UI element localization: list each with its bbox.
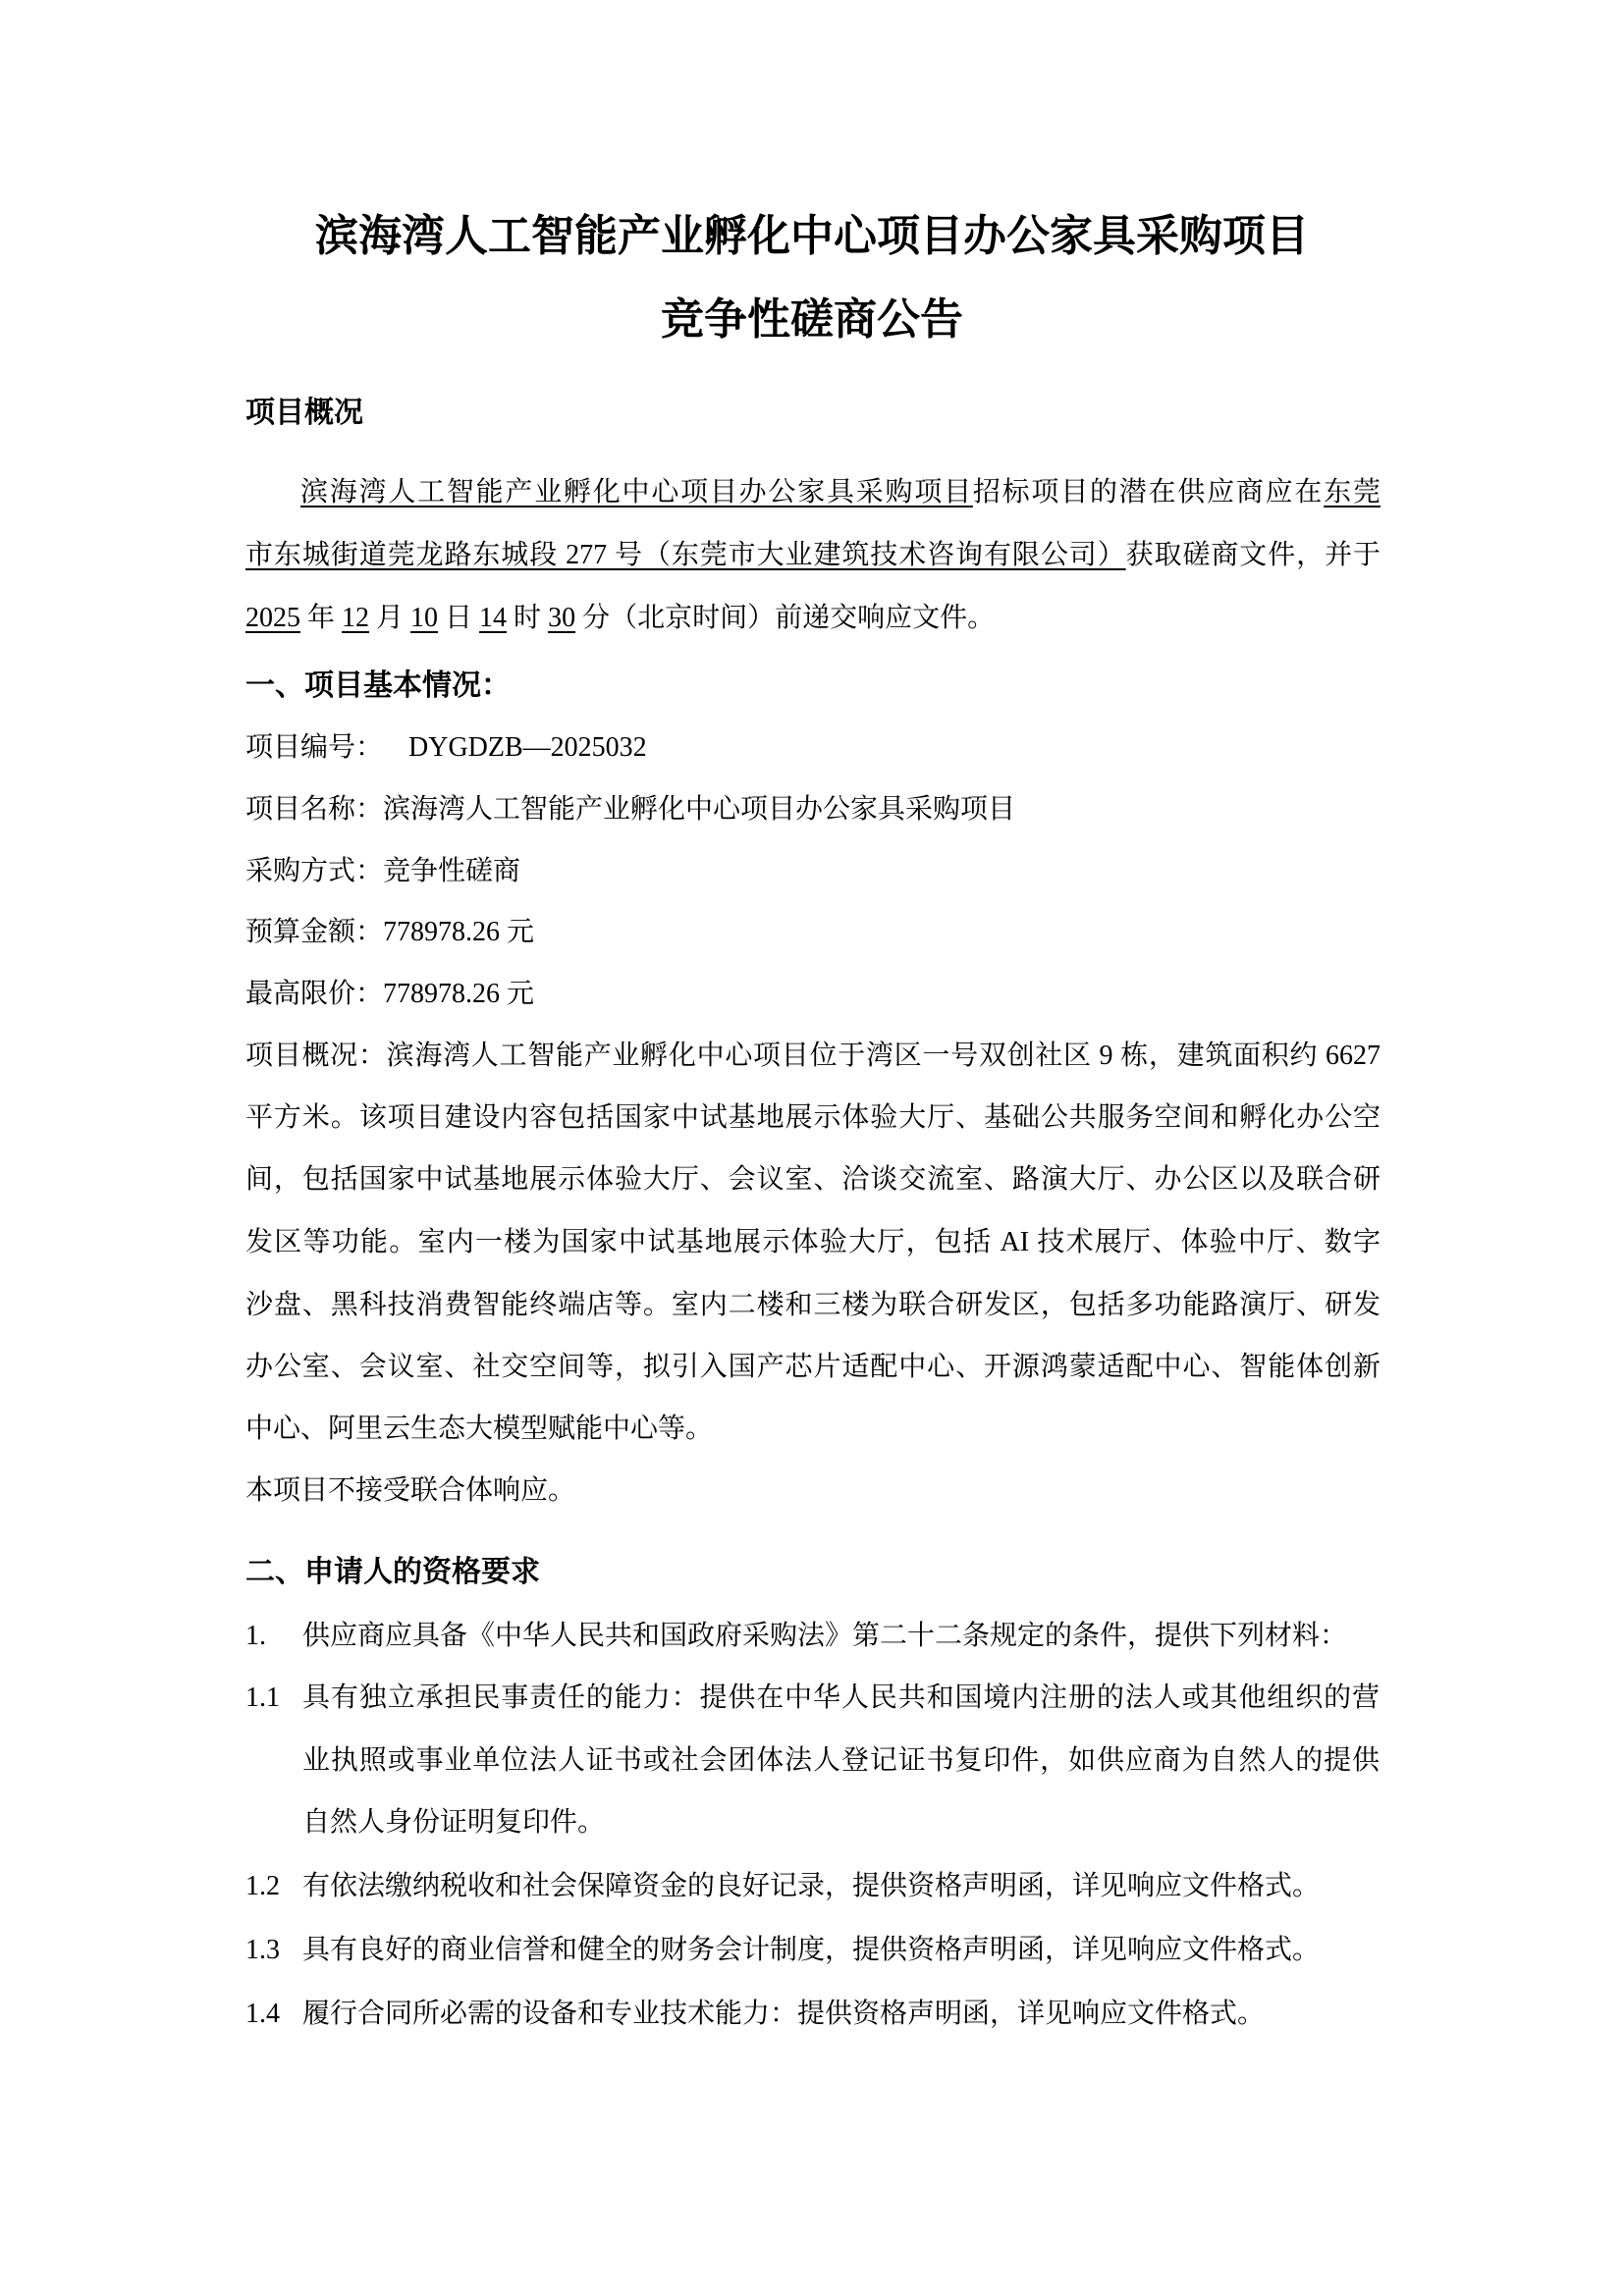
req-item-text: 履行合同所必需的设备和专业技术能力：提供资格声明函，详见响应文件格式。: [302, 1996, 1380, 2032]
field-label: 项目编号：: [245, 732, 383, 763]
project-overview-line: 发区等功能。室内一楼为国家中试基地展示体验大厅，包括 AI 技术展厅、体验中厅、…: [245, 1224, 1380, 1260]
project-overview-line: 间，包括国家中试基地展示体验大厅、会议室、洽谈交流室、路演大厅、办公区以及联合研: [245, 1161, 1380, 1198]
req-item-number: 1.2: [245, 1868, 280, 1904]
intro-line-2-text: 获取磋商文件，并于: [1126, 540, 1380, 570]
deadline-month: 12: [342, 603, 369, 633]
req-item-text: 业执照或事业单位法人证书或社会团体法人登记证书复印件，如供应商为自然人的提供: [302, 1742, 1380, 1779]
intro-line-1: 滨海湾人工智能产业孵化中心项目办公家具采购项目招标项目的潜在供应商应在东莞: [245, 474, 1380, 510]
underlined-address: 市东城街道莞龙路东城段 277 号（东莞市大业建筑技术咨询有限公司）: [245, 540, 1126, 570]
underlined-city-start: 东莞: [1324, 477, 1380, 507]
project-overview-line: 沙盘、黑科技消费智能终端店等。室内二楼和三楼为联合研发区，包括多功能路演厅、研发: [245, 1287, 1380, 1323]
field-max-price: 最高限价：778978.26 元: [245, 976, 1380, 1012]
field-budget-amount: 预算金额：778978.26 元: [245, 914, 1380, 950]
doc-title-line2: 竞争性磋商公告: [0, 294, 1624, 346]
overview-heading: 项目概况: [245, 395, 1380, 432]
deadline-year: 2025: [245, 603, 300, 633]
field-label: 最高限价：: [245, 979, 383, 1009]
req-item-number: 1.4: [245, 1996, 280, 2032]
field-value: 滨海湾人工智能产业孵化中心项目办公家具采购项目: [383, 794, 1015, 825]
field-value: 竞争性磋商: [383, 856, 520, 886]
deadline-day: 10: [410, 603, 438, 633]
field-label: 预算金额：: [245, 917, 383, 947]
field-label: 采购方式：: [245, 856, 383, 886]
req-item-number: 1.: [245, 1618, 266, 1654]
year-label: 年: [300, 603, 342, 633]
req-item-text: 自然人身份证明复印件。: [302, 1804, 1380, 1841]
field-label: 项目名称：: [245, 794, 383, 825]
project-overview-line: 平方米。该项目建设内容包括国家中试基地展示体验大厅、基础公共服务空间和孵化办公空: [245, 1099, 1380, 1136]
field-project-number: 项目编号：DYGDZB—2025032: [245, 729, 1380, 766]
project-overview-line: 项目概况：滨海湾人工智能产业孵化中心项目位于湾区一号双创社区 9 栋，建筑面积约…: [245, 1038, 1380, 1074]
intro-line-1-text: 招标项目的潜在供应商应在: [973, 477, 1324, 507]
req-item-text: 具有良好的商业信誉和健全的财务会计制度，提供资格声明函，详见响应文件格式。: [302, 1932, 1380, 1968]
field-procurement-method: 采购方式：竞争性磋商: [245, 853, 1380, 889]
no-joint-bid-note: 本项目不接受联合体响应。: [245, 1472, 1380, 1509]
req-item-text: 有依法缴纳税收和社会保障资金的良好记录，提供资格声明函，详见响应文件格式。: [302, 1868, 1380, 1904]
req-item-number: 1.1: [245, 1680, 280, 1716]
month-label: 月: [369, 603, 410, 633]
intro-line-2: 市东城街道莞龙路东城段 277 号（东莞市大业建筑技术咨询有限公司）获取磋商文件…: [245, 537, 1380, 573]
intro-line-3-deadline: 2025 年 12 月 10 日 14 时 30 分（北京时间）前递交响应文件。: [245, 600, 1380, 636]
project-overview-line: 办公室、会议室、社交空间等，拟引入国产芯片适配中心、开源鸿蒙适配中心、智能体创新: [245, 1349, 1380, 1385]
underlined-project-name: 滨海湾人工智能产业孵化中心项目办公家具采购项目: [300, 477, 973, 507]
field-value: DYGDZB—2025032: [408, 732, 647, 763]
document-page: 滨海湾人工智能产业孵化中心项目办公家具采购项目 竞争性磋商公告 项目概况 滨海湾…: [0, 0, 1624, 2296]
req-item-text: 供应商应具备《中华人民共和国政府采购法》第二十二条规定的条件，提供下列材料：: [302, 1618, 1380, 1654]
req-item-number: 1.3: [245, 1932, 280, 1968]
hour-label: 时: [507, 603, 548, 633]
section1-heading: 一、项目基本情况：: [245, 667, 1380, 705]
project-overview-line: 中心、阿里云生态大模型赋能中心等。: [245, 1411, 1380, 1447]
day-label: 日: [438, 603, 479, 633]
field-value: 778978.26 元: [383, 917, 534, 947]
req-item-text: 具有独立承担民事责任的能力：提供在中华人民共和国境内注册的法人或其他组织的营: [302, 1680, 1380, 1716]
section2-heading: 二、申请人的资格要求: [245, 1554, 1380, 1591]
field-value: 778978.26 元: [383, 979, 534, 1009]
deadline-tail: 分（北京时间）前递交响应文件。: [575, 603, 995, 633]
deadline-hour: 14: [479, 603, 507, 633]
doc-title-line1: 滨海湾人工智能产业孵化中心项目办公家具采购项目: [0, 211, 1624, 262]
deadline-minute: 30: [548, 603, 575, 633]
field-project-name: 项目名称：滨海湾人工智能产业孵化中心项目办公家具采购项目: [245, 791, 1380, 828]
